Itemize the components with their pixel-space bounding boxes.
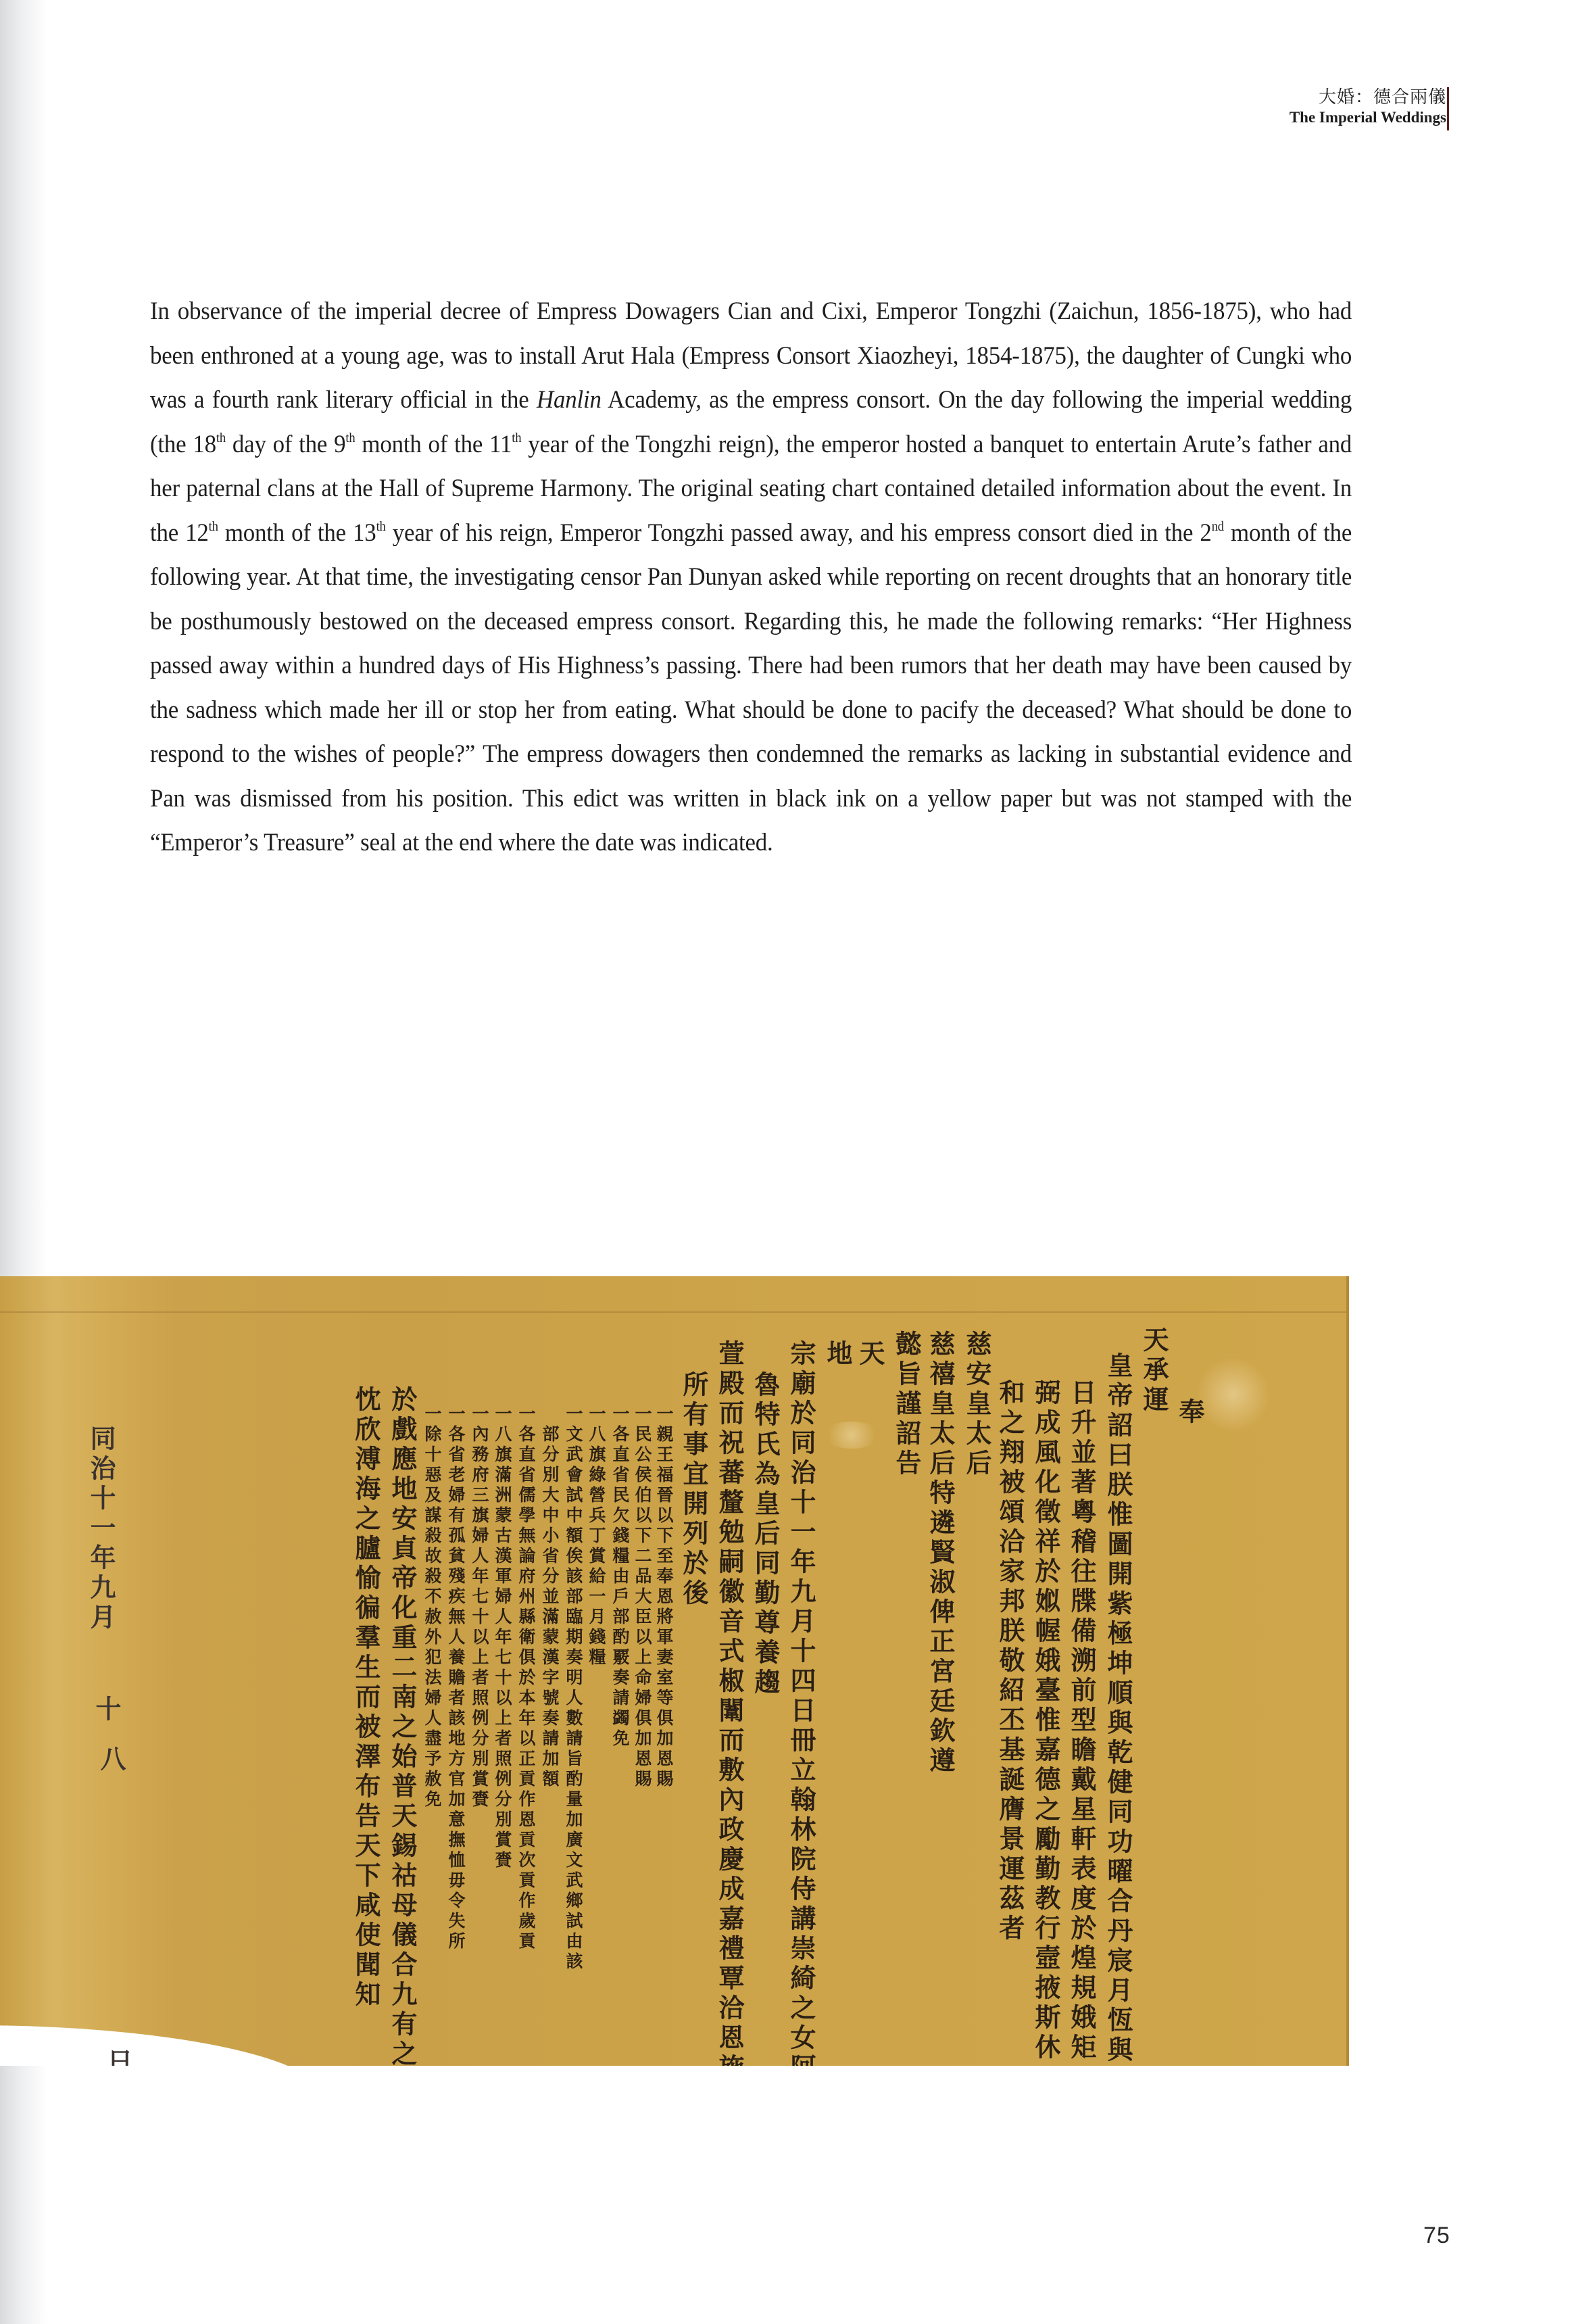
image-right-edge bbox=[1346, 1276, 1349, 2066]
text-run: month of the 11 bbox=[355, 431, 512, 458]
edict-text-column: 宗廟於同治十一年九月十四日冊立翰林院侍講崇綺之女阿 bbox=[783, 1340, 820, 2066]
edict-text-column: 萱殿而祝蕃釐勉嗣徽音式椒闈而敷內政慶成嘉禮覃洽恩施 bbox=[711, 1340, 748, 2066]
edict-text-column: 天 bbox=[852, 1340, 889, 1370]
body-paragraph: In observance of the imperial decree of … bbox=[150, 289, 1352, 865]
edict-text-column: 地 bbox=[819, 1340, 856, 1370]
edict-item-column: 一文武會試中額俟該部臨期奏明人數請旨酌量加廣文武鄉試由該 bbox=[561, 1405, 585, 1972]
edict-date-column: 十 bbox=[88, 1695, 125, 1725]
edict-text-column: 於戲應地安貞帝化重二南之始普天錫祜母儀合九有之 bbox=[384, 1386, 421, 2066]
edict-text-column: 忱欣溥海之臚愉徧羣生而被澤布告天下咸使聞知 bbox=[347, 1386, 385, 2010]
page-number: 75 bbox=[1423, 2223, 1450, 2249]
edict-item-column: 一八旗滿洲蒙古漢軍婦人年七十以上者照例分別賞賚 bbox=[490, 1405, 514, 1871]
edict-date-column: 同治十一年九月 bbox=[82, 1425, 120, 1633]
edict-item-column: 一八旗綠營兵丁賞給一月錢糧 bbox=[584, 1405, 608, 1668]
running-header-chinese-title: 大婚：德合兩儀 bbox=[1290, 87, 1446, 108]
edict-text-column: 懿旨謹詔告 bbox=[888, 1330, 925, 1479]
paper-fold-line bbox=[0, 1311, 1349, 1313]
edict-item-column: 一內務府三旗婦人年七十以上者照例分別賞賚 bbox=[467, 1405, 491, 1810]
edict-text-column: 和之翔被頌洽家邦朕敬紹丕基誕膺景運茲者 bbox=[991, 1379, 1029, 1944]
edict-item-column: 一各省老婦有孤貧殘疾無人養贍者該地方官加意撫恤毋令失所 bbox=[443, 1405, 468, 1952]
edict-text-column: 慈禧皇太后特遴賢淑俾正宮廷欽遵 bbox=[922, 1330, 959, 1776]
edict-item-column: 一親王福晉以下至奉恩將軍妻室等俱加恩賜 bbox=[652, 1405, 676, 1790]
ordinal-suffix: th bbox=[216, 431, 226, 445]
edict-date-column: 日 bbox=[99, 2048, 137, 2066]
text-run: month of the following year. At that tim… bbox=[150, 519, 1352, 857]
running-header-english-title: The Imperial Weddings bbox=[1290, 108, 1446, 127]
edict-item-column: 一民公侯伯以下二品大臣以上命婦俱加恩賜 bbox=[630, 1405, 654, 1790]
text-run: day of the 9 bbox=[226, 431, 345, 458]
edict-text-column: 弼成風化徵祥於娰幄娥臺惟嘉德之勵勤教行壼掖斯休 bbox=[1027, 1379, 1064, 2063]
header-vertical-rule bbox=[1447, 87, 1449, 130]
edict-item-column: 一除十惡及謀殺故殺不赦外犯法婦人盡予赦免 bbox=[420, 1405, 444, 1810]
edict-item-column: 一各直省儒學無論府州縣衛俱於本年以正貢作恩貢次貢作歲貢 bbox=[514, 1405, 538, 1952]
edict-item-column: 一各直省民欠錢糧由戶部酌覈奏請蠲免 bbox=[608, 1405, 632, 1749]
edict-text-column: 魯特氏為皇后同勤尊養趨 bbox=[747, 1371, 784, 1698]
ordinal-suffix: th bbox=[209, 519, 218, 534]
paper-stain bbox=[821, 1422, 882, 1449]
running-header: 大婚：德合兩儀 The Imperial Weddings bbox=[1290, 87, 1446, 127]
ordinal-suffix: nd bbox=[1212, 519, 1224, 534]
edict-text-column: 天承運 bbox=[1135, 1326, 1173, 1415]
ordinal-suffix: th bbox=[345, 431, 355, 445]
edict-date-column: 八 bbox=[93, 1745, 130, 1775]
edict-text-column: 奉 bbox=[1171, 1398, 1208, 1428]
edict-item-column: 部分別大中小省分並滿蒙漢字號奏請加額 bbox=[537, 1425, 562, 1790]
text-run: year of his reign, Emperor Tongzhi passe… bbox=[386, 519, 1212, 547]
text-run: month of the 13 bbox=[218, 519, 376, 547]
ordinal-suffix: th bbox=[376, 519, 386, 534]
edict-text-column: 皇帝詔曰朕惟圖開紫極坤順與乾健同功曜合丹宸月恆與 bbox=[1100, 1352, 1137, 2066]
edict-text-column: 所有事宜開列於後 bbox=[675, 1371, 712, 1609]
italic-term: Hanlin bbox=[537, 386, 602, 414]
edict-text-column: 慈安皇太后 bbox=[958, 1330, 996, 1479]
page-curl bbox=[0, 2025, 324, 2066]
ordinal-suffix: th bbox=[512, 431, 521, 445]
imperial-edict-image: 奉天承運皇帝詔曰朕惟圖開紫極坤順與乾健同功曜合丹宸月恆與日升並著粵稽往牒備溯前型… bbox=[0, 1276, 1349, 2066]
edict-text-column: 日升並著粵稽往牒備溯前型瞻戴星軒表度於煌規娥矩 bbox=[1063, 1379, 1100, 2063]
